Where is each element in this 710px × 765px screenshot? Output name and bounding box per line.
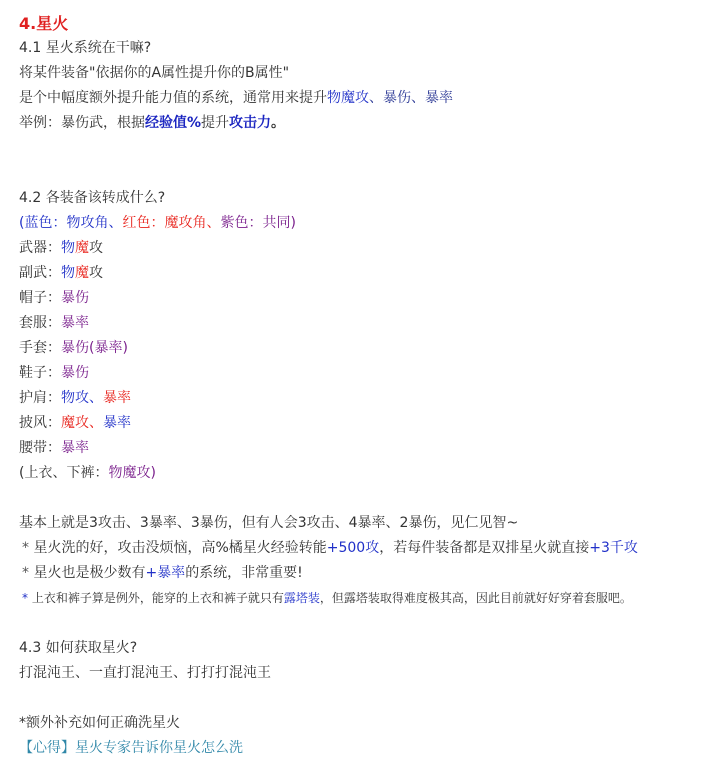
- color-legend: (蓝色：物攻角、红色：魔攻角、紫色：共同): [19, 211, 710, 236]
- equip-label: 手套：: [19, 340, 61, 356]
- separator: 、: [411, 90, 425, 106]
- note-text: 星火也是极少数有: [29, 565, 145, 581]
- blank-line: [19, 136, 710, 161]
- highlight-crit-rate: +暴率: [145, 565, 185, 581]
- s41-line2-prefix: 是个中幅度额外提升能力值的系统，通常用来提升: [19, 90, 327, 106]
- equip-label: 副武：: [19, 265, 61, 281]
- note-2: * 星火也是极少数有+暴率的系统，非常重要!: [19, 561, 710, 586]
- equip-row-top-bottom: (上衣、下裤：物魔攻): [19, 461, 710, 486]
- equipment-list: 武器：物魔攻副武：物魔攻帽子：暴伤套服：暴率手套：暴伤(暴率)鞋子：暴伤护肩：物…: [19, 236, 710, 461]
- equip-label: 帽子：: [19, 290, 61, 306]
- blank-line: [19, 611, 710, 636]
- legend-blue: 蓝色：物攻角: [24, 215, 108, 231]
- equip-label: 套服：: [19, 315, 61, 331]
- section-title: 4.星火: [19, 12, 710, 36]
- equip-label: 腰带：: [19, 440, 61, 456]
- equip-value: 魔: [75, 240, 89, 256]
- equip-value: 暴伤(暴率): [61, 340, 128, 356]
- equip-value: 攻: [89, 240, 103, 256]
- s41-line3: 举例：暴伤武，根据经验值%提升攻击力。: [19, 111, 710, 136]
- equip-row: 套服：暴率: [19, 311, 710, 336]
- heading-4-3: 4.3 如何获取星火?: [19, 636, 710, 661]
- equip-value: 魔: [75, 265, 89, 281]
- highlight-crit-dmg: 暴伤: [383, 90, 411, 106]
- note-text: 的系统，非常重要!: [185, 565, 303, 581]
- equip-label: 护肩：: [19, 390, 61, 406]
- legend-purple: 紫色：共同): [220, 215, 295, 231]
- separator: 、: [108, 215, 122, 231]
- article-body: 4.星火 4.1 星火系统在干嘛? 将某件装备"依据你的A属性提升你的B属性" …: [0, 0, 710, 761]
- highlight-attack-power: 攻击力: [229, 115, 271, 131]
- guide-link[interactable]: 【心得】星火专家告诉你星火怎么洗: [19, 740, 243, 756]
- heading-4-1: 4.1 星火系统在干嘛?: [19, 36, 710, 61]
- s41-line3-prefix: 举例：暴伤武，根据: [19, 115, 145, 131]
- summary-line: 基本上就是3攻击、3暴率、3暴伤，但有人会3攻击、4暴率、2暴伤，见仁见智~: [19, 511, 710, 536]
- s41-line3-mid: 提升: [201, 115, 229, 131]
- guide-link-row: 【心得】星火专家告诉你星火怎么洗: [19, 736, 710, 761]
- equip-value: 暴伤: [61, 290, 89, 306]
- equip-row: 手套：暴伤(暴率): [19, 336, 710, 361]
- s43-line1: 打混沌王、一直打混沌王、打打打混沌王: [19, 661, 710, 686]
- equip-row: 腰带：暴率: [19, 436, 710, 461]
- s41-line2: 是个中幅度额外提升能力值的系统，通常用来提升物魔攻、暴伤、暴率: [19, 86, 710, 111]
- equip-value: 魔攻、: [61, 415, 103, 431]
- equip-label: 披风：: [19, 415, 61, 431]
- legend-red: 红色：魔攻角: [122, 215, 206, 231]
- asterisk: *: [19, 591, 28, 605]
- equip-row: 鞋子：暴伤: [19, 361, 710, 386]
- equip-row: 副武：物魔攻: [19, 261, 710, 286]
- equip-value: 攻: [89, 265, 103, 281]
- highlight-crit-rate: 暴率: [425, 90, 453, 106]
- blank-line: [19, 161, 710, 186]
- period: 。: [271, 115, 285, 131]
- equip-row: 披风：魔攻、暴率: [19, 411, 710, 436]
- highlight-ruta-set: 露塔装: [284, 591, 320, 605]
- equip-value: 暴伤: [61, 365, 89, 381]
- equip-value: 暴率: [61, 440, 89, 456]
- blank-line: [19, 686, 710, 711]
- highlight-exp-percent: 经验值%: [145, 115, 201, 131]
- separator: 、: [206, 215, 220, 231]
- equip-label: (上衣、下裤：: [19, 465, 108, 481]
- equip-value: 物攻、: [61, 390, 103, 406]
- asterisk: *: [19, 540, 29, 556]
- equip-label: 鞋子：: [19, 365, 61, 381]
- equip-value: 暴率: [103, 390, 131, 406]
- equip-label: 武器：: [19, 240, 61, 256]
- separator: 、: [369, 90, 383, 106]
- equip-value: 物: [61, 265, 75, 281]
- equip-value: 物: [61, 240, 75, 256]
- highlight-500-atk: +500攻: [327, 540, 379, 556]
- equip-row: 帽子：暴伤: [19, 286, 710, 311]
- equip-value: 物魔攻): [108, 465, 155, 481]
- asterisk: *: [19, 565, 29, 581]
- note-text: 星火洗的好，攻击没烦恼，高%橘星火经验转能: [29, 540, 327, 556]
- note-text: ，但露塔装取得难度极其高，因此目前就好好穿着套服吧。: [320, 591, 632, 605]
- note-3: * 上衣和裤子算是例外，能穿的上衣和裤子就只有露塔装，但露塔装取得难度极其高，因…: [19, 586, 710, 611]
- highlight-3k-atk: +3千攻: [589, 540, 638, 556]
- note-text: ，若每件装备都是双排星火就直接: [379, 540, 589, 556]
- equip-row: 护肩：物攻、暴率: [19, 386, 710, 411]
- extra-note: *额外补充如何正确洗星火: [19, 711, 710, 736]
- equip-value: 暴率: [61, 315, 89, 331]
- highlight-physmag-atk: 物魔攻: [327, 90, 369, 106]
- note-1: * 星火洗的好，攻击没烦恼，高%橘星火经验转能+500攻，若每件装备都是双排星火…: [19, 536, 710, 561]
- heading-4-2: 4.2 各装备该转成什么?: [19, 186, 710, 211]
- equip-value: 暴率: [103, 415, 131, 431]
- equip-row: 武器：物魔攻: [19, 236, 710, 261]
- s41-line1: 将某件装备"依据你的A属性提升你的B属性": [19, 61, 710, 86]
- blank-line: [19, 486, 710, 511]
- note-text: 上衣和裤子算是例外，能穿的上衣和裤子就只有: [28, 591, 284, 605]
